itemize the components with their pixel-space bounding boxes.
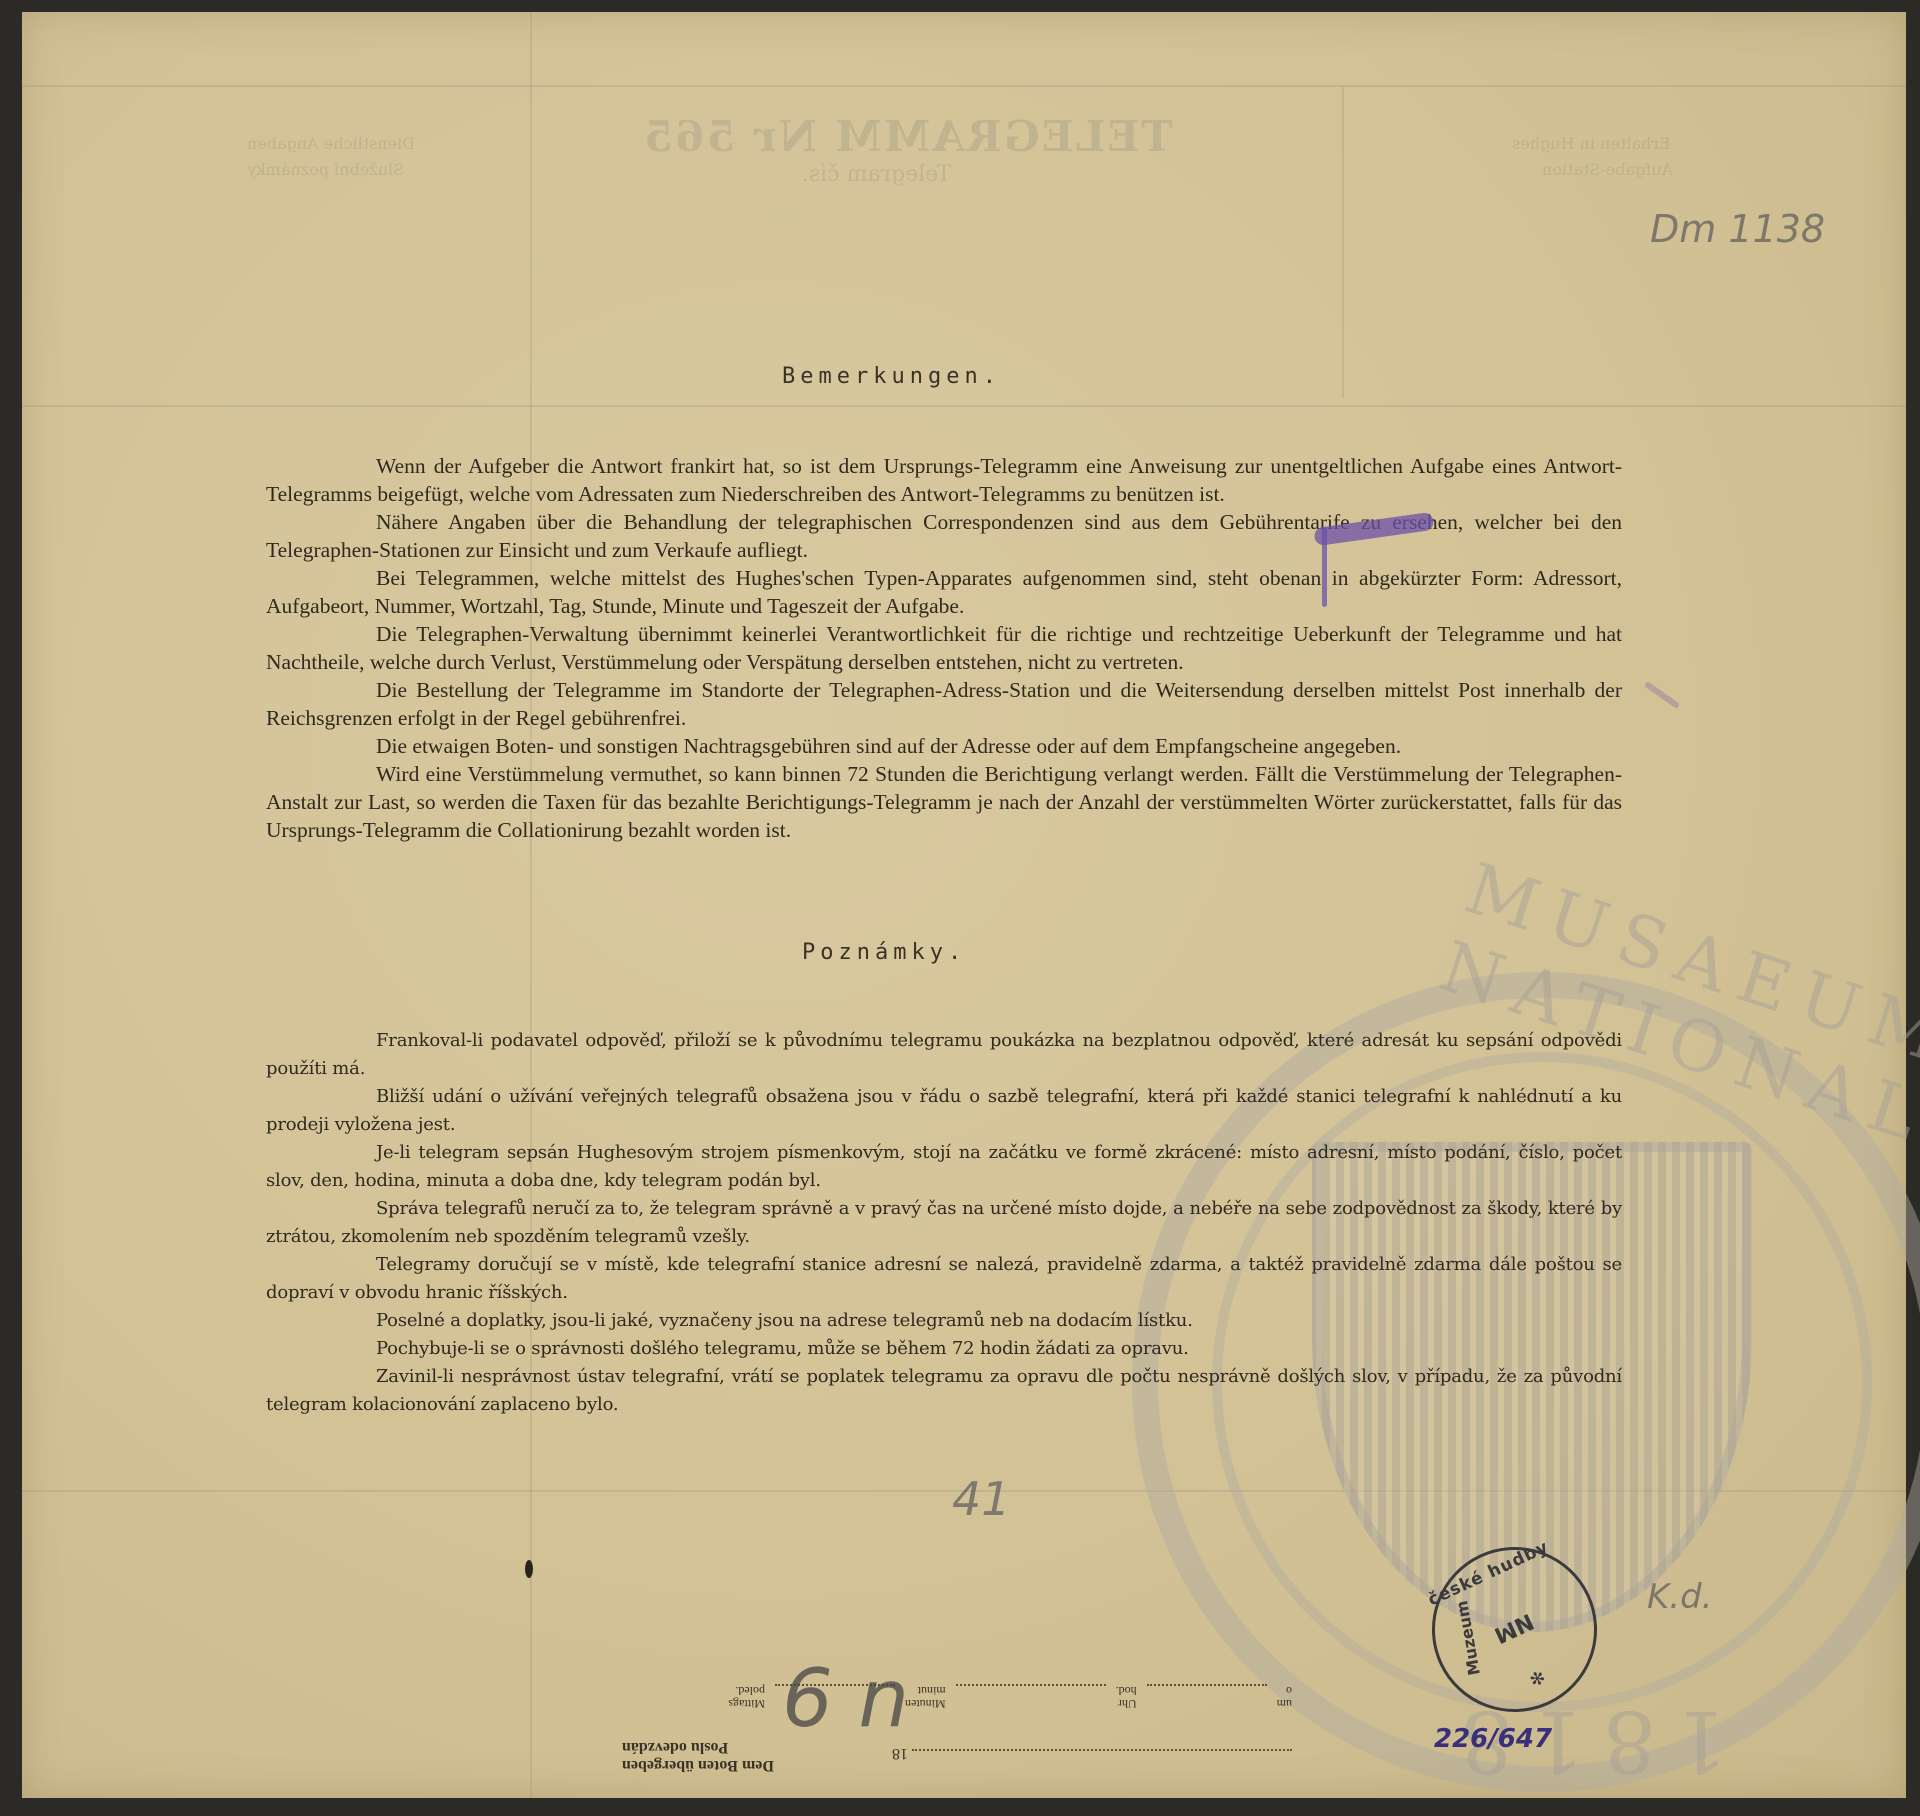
german-paragraph: Die Bestellung der Telegramme im Standor… bbox=[266, 676, 1622, 732]
ink-mark bbox=[1644, 681, 1680, 709]
minute-dotted-line bbox=[956, 1684, 1106, 1686]
show-through-title: TELEGRAMM Nr 565 bbox=[642, 112, 1173, 161]
czech-paragraph: Poselné a doplatky, jsou-li jaké, vyznač… bbox=[266, 1307, 1622, 1335]
receipt-label-cz: Poslu odevzdán bbox=[622, 1738, 774, 1756]
german-paragraph: Wenn der Aufgeber die Antwort frankirt h… bbox=[266, 452, 1622, 508]
show-through-left-2: Služební poznámky bbox=[247, 160, 404, 179]
year-prefix: 18 bbox=[892, 1745, 908, 1762]
german-notes: Wenn der Aufgeber die Antwort frankirt h… bbox=[266, 452, 1622, 844]
messenger-receipt: Dem Boten übergeben Poslu odevzdán 18 um… bbox=[602, 1662, 1302, 1782]
telegram-back-page: TELEGRAMM Nr 565 Telegram čís. Dienstlic… bbox=[22, 12, 1906, 1798]
czech-paragraph: Je-li telegram sepsán Hughesovým strojem… bbox=[266, 1139, 1622, 1195]
receipt-label-de: Dem Boten übergeben bbox=[622, 1756, 774, 1774]
german-heading: Bemerkungen. bbox=[782, 364, 1001, 389]
czech-heading: Poznámky. bbox=[802, 940, 966, 965]
fold-line bbox=[530, 12, 532, 1798]
minute-label: Minutenminut bbox=[905, 1684, 946, 1710]
hour-label: Uhrhod. bbox=[1116, 1684, 1137, 1710]
inventory-number: 226/647 bbox=[1434, 1724, 1552, 1754]
german-paragraph: Die Telegraphen-Verwaltung übernimmt kei… bbox=[266, 620, 1622, 676]
show-through-subtitle: Telegram čís. bbox=[802, 162, 951, 187]
czech-paragraph: Pochybuje-li se o správnosti došlého tel… bbox=[266, 1335, 1622, 1363]
czech-paragraph: Správa telegrafů neručí za to, že telegr… bbox=[266, 1195, 1622, 1251]
ink-mark bbox=[1322, 527, 1327, 607]
receipt-labels: Dem Boten übergeben Poslu odevzdán bbox=[622, 1738, 774, 1774]
pencil-initials: K.d. bbox=[1647, 1577, 1713, 1617]
german-paragraph: Bei Telegrammen, welche mittelst des Hug… bbox=[266, 564, 1622, 620]
czech-notes: Frankoval-li podavatel odpověď, přiloží … bbox=[266, 1027, 1622, 1419]
czech-paragraph: Frankoval-li podavatel odpověď, přiloží … bbox=[266, 1027, 1622, 1083]
czech-paragraph: Zavinil-li nesprávnost ústav telegrafní,… bbox=[266, 1363, 1622, 1419]
ink-dot bbox=[525, 1560, 533, 1578]
ruled-line bbox=[1342, 87, 1344, 398]
show-through-left-1: Dienstliche Angaben bbox=[247, 134, 415, 153]
at-label: umo bbox=[1277, 1684, 1292, 1710]
german-paragraph: Wird eine Verstümmelung vermuthet, so ka… bbox=[266, 760, 1622, 844]
show-through-right-2: Aufgabe-Station bbox=[1542, 160, 1673, 179]
ruled-line bbox=[22, 85, 1906, 87]
pencil-page-number: 41 bbox=[952, 1472, 1011, 1526]
archive-note: Dm 1138 bbox=[1650, 207, 1825, 251]
receipt-date-line: 18 bbox=[872, 1744, 1292, 1762]
hour-dotted-line bbox=[1147, 1684, 1267, 1686]
show-through-right-1: Erhalten in Hughes bbox=[1512, 134, 1671, 153]
czech-paragraph: Telegramy doručují se v místě, kde teleg… bbox=[266, 1251, 1622, 1307]
meridiem-label: Mittagspoled. bbox=[728, 1684, 765, 1710]
date-dotted-line bbox=[912, 1749, 1292, 1751]
handwritten-receipt-mark: 6 n bbox=[782, 1652, 909, 1745]
german-paragraph: Die etwaigen Boten- und sonstigen Nachtr… bbox=[266, 732, 1622, 760]
ruled-line bbox=[22, 405, 1906, 407]
czech-paragraph: Bližší udání o užívání veřejných telegra… bbox=[266, 1083, 1622, 1139]
receipt-time-line: umo Uhrhod. Minutenminut Mittagspoled. bbox=[602, 1684, 1292, 1710]
